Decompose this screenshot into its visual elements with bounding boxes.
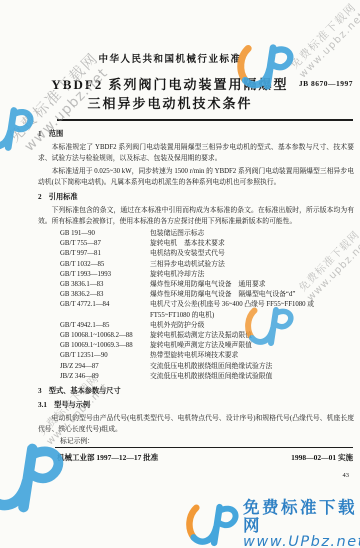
reference-title: 旋转电机振动测定方法及振动限值 [150, 331, 354, 341]
reference-title: 三相异步电动机试验方法 [150, 260, 354, 270]
table-row: JB/Z 346—89交流低压电机散嵌绕组匝间绝缘试验限值 [60, 372, 354, 382]
section-1-heading: 1 范围 [38, 129, 354, 140]
reference-title: 交流低压电机散嵌绕组匝间绝缘试验方法 [150, 362, 354, 372]
marking-example-label: 标记示例： [60, 436, 354, 447]
table-row: GB 10069.1~10069.3—88旋转电机噪声测定方法及噪声限值 [60, 341, 354, 351]
section-2-intro: 下列标准包含的条文，通过在本标准中引用而构成为本标准的条文。在标准出版时，所示版… [38, 205, 354, 227]
reference-code: GB/T 997—81 [60, 249, 150, 259]
reference-title: 旋转电机噪声测定方法及噪声限值 [150, 341, 354, 351]
reference-code: GB 3836.1—83 [60, 280, 150, 290]
reference-code: GB/T 755—87 [60, 239, 150, 249]
reference-title: 爆炸性环境用防爆电气设备 通用要求 [150, 280, 354, 290]
reference-code: GB/T 1993—1993 [60, 270, 150, 280]
document-header: 中华人民共和国机械行业标准 YBDF2 系列阀门电动装置用隔爆型 三相异步电动机… [0, 51, 340, 113]
up-logo-icon [0, 436, 64, 520]
table-row: GB/T 1032—85三相异步电动机试验方法 [60, 260, 354, 270]
reference-code: GB/T 1032—85 [60, 260, 150, 270]
page-title: YBDF2 系列阀门电动装置用隔爆型 三相异步电动机技术条件 [0, 75, 340, 113]
table-row: GB 3836.2—83爆炸性环境用防爆电气设备 隔爆型电气设备“d” [60, 290, 354, 300]
reference-title: 电机尺寸及公差(机座号 36~400 凸缘号 FF55~FF1080 或 FT5… [150, 300, 354, 320]
reference-standards-list: GB 191—90包装储运图示标志 GB/T 755—87旋转电机 基本技术要求… [60, 229, 354, 382]
section-2-heading: 2 引用标准 [38, 192, 354, 203]
standard-number: JB 8670—1997 [299, 79, 353, 88]
reference-code: JB/Z 346—89 [60, 372, 150, 382]
brand-footer: 免费标准下载网 www.UPbz.net [185, 499, 360, 548]
section-3-heading: 3 型式、基本参数与尺寸 [38, 386, 354, 397]
reference-code: GB/T 4772.1—84 [60, 300, 150, 320]
title-line-2: 三相异步电动机技术条件 [0, 94, 340, 113]
section-3-1-heading: 3.1 型号与示例 [38, 400, 354, 411]
footer: 机械工业部 1997—12—17 批准 1998—02—01 实施 [57, 452, 353, 463]
brand-site-name: 免费标准下载网 [243, 499, 360, 535]
reference-code: JB/Z 294—87 [60, 362, 150, 372]
section-3-1-paragraph: 电动机的型号由产品代号(电机类型代号、电机特点代号、设计序号)和规格代号(凸缘代… [38, 413, 354, 435]
document-body: 1 范围 本标准规定了 YBDF2 系列阀门电动装置用隔爆型三相异步电动机的型式… [38, 129, 354, 447]
reference-title: 电机外壳防护分级 [150, 321, 354, 331]
footer-divider [55, 447, 353, 448]
reference-code: GB 191—90 [60, 229, 150, 239]
table-row: GB/T 4772.1—84电机尺寸及公差(机座号 36~400 凸缘号 FF5… [60, 300, 354, 320]
table-row: GB 191—90包装储运图示标志 [60, 229, 354, 239]
table-row: GB 3836.1—83爆炸性环境用防爆电气设备 通用要求 [60, 280, 354, 290]
section-1-paragraph-2: 本标准适用于 0.025~30 kW，同步转速为 1500 r/min 的 YB… [38, 166, 354, 188]
table-row: GB/T 755—87旋转电机 基本技术要求 [60, 239, 354, 249]
title-line-1: YBDF2 系列阀门电动装置用隔爆型 [0, 75, 340, 94]
table-row: GB/T 12351—90热带型旋转电机环境技术要求 [60, 351, 354, 361]
reference-title: 热带型旋转电机环境技术要求 [150, 351, 354, 361]
reference-code: GB 3836.2—83 [60, 290, 150, 300]
standard-org-label: 中华人民共和国机械行业标准 [0, 51, 340, 65]
table-row: GB/T 997—81电机结构及安装型式代号 [60, 249, 354, 259]
implementation-note: 1998—02—01 实施 [291, 452, 353, 463]
reference-code: GB/T 12351—90 [60, 351, 150, 361]
scanned-standard-page: 中华人民共和国机械行业标准 YBDF2 系列阀门电动装置用隔爆型 三相异步电动机… [0, 0, 360, 548]
page-number: 43 [343, 472, 350, 479]
reference-code: GB/T 4942.1—85 [60, 321, 150, 331]
table-row: GB 10068.1~10068.2—88旋转电机振动测定方法及振动限值 [60, 331, 354, 341]
reference-title: 旋转电机 基本技术要求 [150, 239, 354, 249]
up-logo-icon [185, 500, 239, 548]
header-divider [57, 119, 353, 121]
reference-title: 包装储运图示标志 [150, 229, 354, 239]
reference-code: GB 10068.1~10068.2—88 [60, 331, 150, 341]
reference-title: 爆炸性环境用防爆电气设备 隔爆型电气设备“d” [150, 290, 354, 300]
table-row: GB/T 1993—1993旋转电机冷却方法 [60, 270, 354, 280]
table-row: JB/Z 294—87交流低压电机散嵌绕组匝间绝缘试验方法 [60, 362, 354, 372]
table-row: GB/T 4942.1—85电机外壳防护分级 [60, 321, 354, 331]
section-1-paragraph-1: 本标准规定了 YBDF2 系列阀门电动装置用隔爆型三相异步电动机的型式、基本参数… [38, 142, 354, 164]
brand-text: 免费标准下载网 www.UPbz.net [243, 499, 360, 548]
reference-code: GB 10069.1~10069.3—88 [60, 341, 150, 351]
reference-title: 电机结构及安装型式代号 [150, 249, 354, 259]
reference-title: 旋转电机冷却方法 [150, 270, 354, 280]
reference-title: 交流低压电机散嵌绕组匝间绝缘试验限值 [150, 372, 354, 382]
approval-note: 机械工业部 1997—12—17 批准 [57, 452, 158, 463]
brand-site-url: www.UPbz.net [243, 535, 360, 548]
